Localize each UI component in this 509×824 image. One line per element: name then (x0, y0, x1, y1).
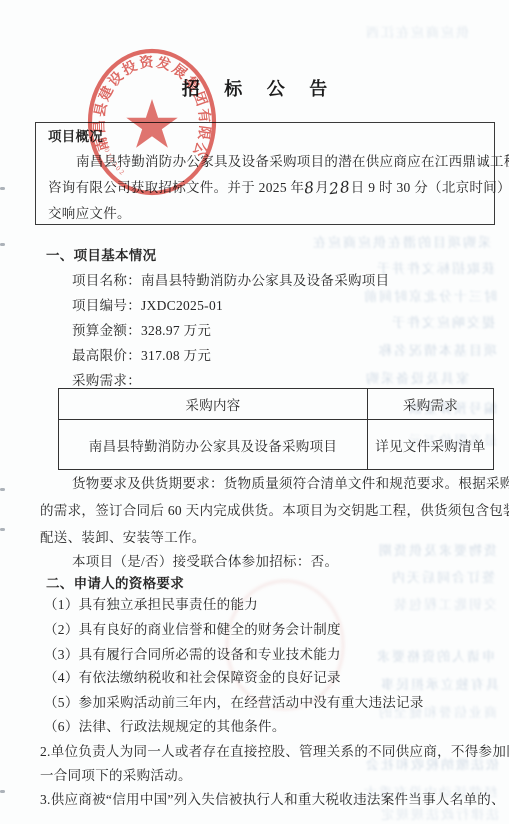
section2-heading: 二、申请人的资格要求 (46, 575, 184, 592)
scan-artifact (0, 187, 5, 190)
seal-star-icon (126, 99, 177, 148)
field-procurement-demand: 采购需求： (72, 372, 141, 389)
scan-artifact (0, 790, 5, 793)
bleedthrough-text: 申请人的资格要求 (365, 646, 495, 665)
table-cell-demand: 详见文件采购清单 (368, 420, 493, 469)
bleedthrough-text: 家具及设备采购 (319, 368, 469, 387)
seal-serial-number: 36010302 (99, 137, 127, 177)
scan-artifact (0, 528, 5, 531)
field-budget-amount: 预算金额：328.97 万元 (72, 322, 211, 339)
company-seal: 南昌县建设投资发展集团有限公司 36010302 (84, 46, 220, 199)
bleedthrough-text: 采购项目的潜在供应商应在 (191, 232, 491, 251)
field-label: 项目编号： (72, 298, 141, 313)
note-2-line-1: 2.单位负责人为同一人或者存在直接控股、管理关系的不同供应商，不得参加同 (40, 743, 509, 760)
qualification-item-1: （1）具有独立承担民事责任的能力 (44, 596, 258, 613)
field-label: 项目名称： (72, 273, 141, 288)
scan-artifact (0, 488, 5, 491)
field-label: 预算金额： (72, 323, 141, 338)
bleedthrough-text: 具有独立承担民事 (349, 674, 499, 693)
qualification-item-4: （4）有依法缴纳税收和社会保障资金的良好记录 (44, 669, 341, 686)
bleedthrough-text: 签订合同后天内 (355, 567, 495, 586)
bleedthrough-text: 交钥匙工程包装 (377, 594, 497, 613)
field-label: 采购需求： (72, 373, 141, 388)
overview-line-3: 交响应文件。 (48, 205, 131, 222)
consortium-line: 本项目（是/否）接受联合体参加招标：否。 (72, 553, 338, 570)
table-row: 南昌县特勤消防办公家具及设备采购项目 详见文件采购清单 (59, 419, 493, 469)
field-project-number: 项目编号：JXDC2025-01 (72, 297, 223, 314)
table-header-demand: 采购需求 (368, 389, 493, 419)
goods-requirement-line-1: 货物要求及供货期要求：货物质量须符合清单文件和规范要求。根据采购人 (72, 475, 509, 492)
note-3-line-1: 3.供应商被“信用中国”列入失信被执行人和重大税收违法案件当事人名单的、 (40, 791, 505, 808)
bleedthrough-text: 项目基本情况名称 (287, 340, 497, 359)
table-header-row: 采购内容 采购需求 (59, 389, 493, 419)
note-2-line-2: 一合同项下的采购活动。 (40, 767, 192, 784)
field-label: 最高限价： (72, 348, 141, 363)
document-page: 供应商应在江西 采购项目的潜在供应商应在 获取招标文件并于 时三十分北京时间前 … (0, 0, 509, 824)
qualification-item-6: （6）法律、行政法规规定的其他条件。 (44, 718, 286, 735)
qualification-item-3: （3）具有履行合同所必需的设备和专业技术能力 (44, 646, 341, 663)
overview-line-2-mid: 月 (315, 180, 329, 195)
section1-heading: 一、项目基本情况 (46, 247, 156, 264)
overview-line-2-post: 日 9 时 30 分（北京时间）前提 (351, 180, 509, 195)
field-max-price: 最高限价：317.08 万元 (72, 347, 211, 364)
field-value: JXDC2025-01 (141, 298, 223, 313)
bleedthrough-text: 供应商应在江西 (319, 22, 469, 41)
goods-requirement-line-3: 配送、装卸、安装等工作。 (40, 529, 206, 546)
field-value: 317.08 万元 (141, 348, 211, 363)
page-title: 招 标 公 告 (0, 75, 509, 101)
bleedthrough-text: 提交响应文件于 (315, 312, 495, 331)
table-cell-content: 南昌县特勤消防办公家具及设备采购项目 (59, 420, 368, 469)
handwritten-day: 28 (328, 179, 352, 199)
goods-requirement-line-2: 的需求，签订合同后 60 天内完成供货。本项目为交钥匙工程，供货须包含包装、 (40, 502, 509, 519)
field-project-name: 项目名称：南昌县特勤消防办公家具及设备采购项目 (72, 272, 389, 289)
scan-artifact (0, 243, 5, 246)
field-value: 南昌县特勤消防办公家具及设备采购项目 (141, 273, 389, 288)
table-header-content: 采购内容 (59, 389, 368, 419)
qualification-item-5: （5）参加采购活动前三年内，在经营活动中没有重大违法记录 (44, 694, 424, 711)
qualification-item-2: （2）具有良好的商业信誉和健全的财务会计制度 (44, 621, 341, 638)
procurement-table: 采购内容 采购需求 南昌县特勤消防办公家具及设备采购项目 详见文件采购清单 (58, 388, 494, 470)
bleedthrough-text: 货物要求及供货期 (327, 540, 497, 559)
field-value: 328.97 万元 (141, 323, 211, 338)
